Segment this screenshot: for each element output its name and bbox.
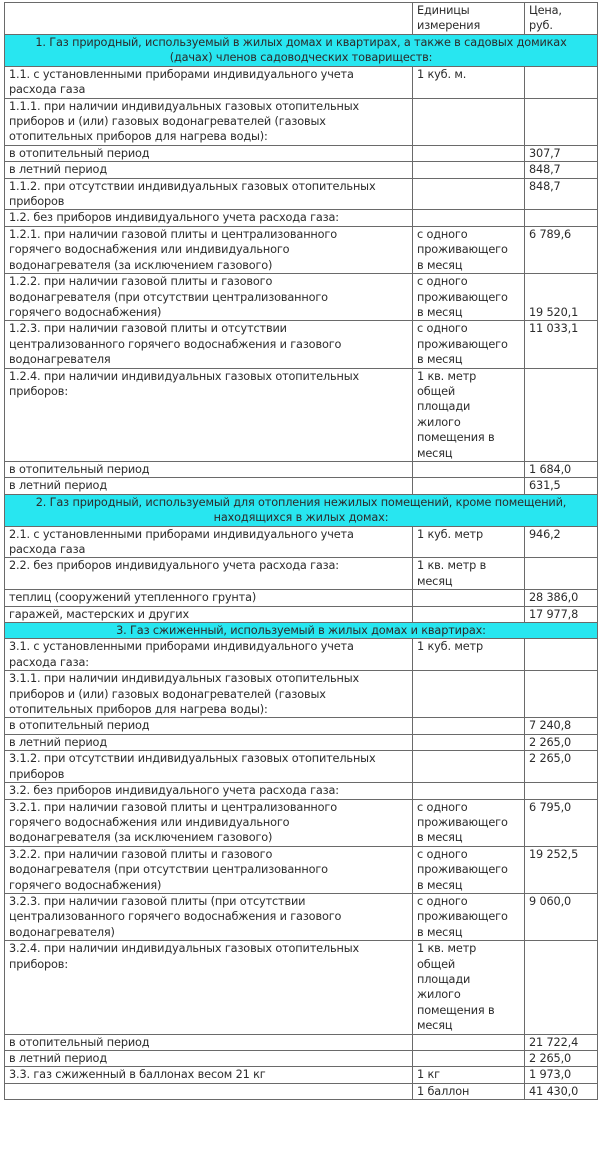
table-row: 2.1. с установленными приборами индивиду… xyxy=(5,526,598,558)
row-description: 1.2.3. при наличии газовой плиты и отсут… xyxy=(5,321,413,368)
table-row: в отопительный период307,7 xyxy=(5,145,598,161)
row-price xyxy=(525,671,598,718)
header-price-cell: Цена, руб. xyxy=(525,3,598,35)
row-unit: 1 куб. метр xyxy=(413,526,525,558)
table-row: 1.1.1. при наличии индивидуальных газовы… xyxy=(5,98,598,145)
row-price: 1 684,0 xyxy=(525,461,598,477)
row-price xyxy=(525,558,598,590)
table-row: 3.1. с установленными приборами индивиду… xyxy=(5,639,598,671)
row-price: 21 722,4 xyxy=(525,1034,598,1050)
row-unit xyxy=(413,606,525,622)
row-unit xyxy=(413,478,525,494)
row-unit xyxy=(413,461,525,477)
row-price: 6 789,6 xyxy=(525,226,598,273)
row-description: в отопительный период xyxy=(5,461,413,477)
row-unit: с одного проживающего в месяц xyxy=(413,321,525,368)
row-unit: с одного проживающего в месяц xyxy=(413,226,525,273)
row-description: 2.2. без приборов индивидуального учета … xyxy=(5,558,413,590)
row-description: 1.1. с установленными приборами индивиду… xyxy=(5,66,413,98)
section-header-row: 3. Газ сжиженный, используемый в жилых д… xyxy=(5,623,598,639)
row-unit: 1 кв. метр в месяц xyxy=(413,558,525,590)
row-price: 9 060,0 xyxy=(525,893,598,940)
row-unit xyxy=(413,671,525,718)
row-unit xyxy=(413,178,525,210)
row-price xyxy=(525,783,598,799)
table-row: в летний период2 265,0 xyxy=(5,734,598,750)
row-price: 1 973,0 xyxy=(525,1067,598,1083)
row-price xyxy=(525,941,598,1034)
row-description: 3.3. газ сжиженный в баллонах весом 21 к… xyxy=(5,1067,413,1083)
row-description: 3.1.1. при наличии индивидуальных газовы… xyxy=(5,671,413,718)
table-row: 3.2.2. при наличии газовой плиты и газов… xyxy=(5,846,598,893)
table-row: 3.3. газ сжиженный в баллонах весом 21 к… xyxy=(5,1067,598,1083)
row-description: 3.1.2. при отсутствии индивидуальных газ… xyxy=(5,751,413,783)
table-row: 1.2. без приборов индивидуального учета … xyxy=(5,210,598,226)
row-price xyxy=(525,98,598,145)
row-unit: с одного проживающего в месяц xyxy=(413,274,525,321)
row-unit xyxy=(413,210,525,226)
row-unit xyxy=(413,98,525,145)
row-unit: 1 кв. метр общей площади жилого помещени… xyxy=(413,941,525,1034)
row-description: в летний период xyxy=(5,734,413,750)
table-row: в летний период631,5 xyxy=(5,478,598,494)
table-row: 1.2.1. при наличии газовой плиты и центр… xyxy=(5,226,598,273)
row-price: 848,7 xyxy=(525,178,598,210)
header-description-cell xyxy=(5,3,413,35)
row-unit xyxy=(413,734,525,750)
row-description: 3.2.4. при наличии индивидуальных газовы… xyxy=(5,941,413,1034)
table-row: 3.2.4. при наличии индивидуальных газовы… xyxy=(5,941,598,1034)
row-unit xyxy=(413,1034,525,1050)
row-price: 2 265,0 xyxy=(525,751,598,783)
table-row: 1.2.2. при наличии газовой плиты и газов… xyxy=(5,274,598,321)
row-description: 1.2.2. при наличии газовой плиты и газов… xyxy=(5,274,413,321)
row-price: 631,5 xyxy=(525,478,598,494)
table-row: 1.1.2. при отсутствии индивидуальных газ… xyxy=(5,178,598,210)
row-price xyxy=(525,368,598,461)
header-unit-cell: Единицы измерения xyxy=(413,3,525,35)
table-row: в отопительный период21 722,4 xyxy=(5,1034,598,1050)
row-description: 1.1.1. при наличии индивидуальных газовы… xyxy=(5,98,413,145)
table-row: в летний период848,7 xyxy=(5,162,598,178)
section-header-row: 1. Газ природный, используемый в жилых д… xyxy=(5,35,598,67)
row-description: 3.1. с установленными приборами индивиду… xyxy=(5,639,413,671)
table-row: в отопительный период1 684,0 xyxy=(5,461,598,477)
row-price: 19 252,5 xyxy=(525,846,598,893)
row-price: 41 430,0 xyxy=(525,1083,598,1099)
row-unit: с одного проживающего в месяц xyxy=(413,799,525,846)
row-description: 1.1.2. при отсутствии индивидуальных газ… xyxy=(5,178,413,210)
table-row: 1.1. с установленными приборами индивиду… xyxy=(5,66,598,98)
row-description: 1.2.4. при наличии индивидуальных газовы… xyxy=(5,368,413,461)
tariff-document: Единицы измерения Цена, руб. 1. Газ прир… xyxy=(4,2,598,1100)
table-header-row: Единицы измерения Цена, руб. xyxy=(5,3,598,35)
row-description xyxy=(5,1083,413,1099)
row-unit xyxy=(413,783,525,799)
row-unit xyxy=(413,162,525,178)
row-price: 11 033,1 xyxy=(525,321,598,368)
table-row: 3.2.1. при наличии газовой плиты и центр… xyxy=(5,799,598,846)
row-price xyxy=(525,66,598,98)
row-description: в отопительный период xyxy=(5,1034,413,1050)
table-row: 3.1.1. при наличии индивидуальных газовы… xyxy=(5,671,598,718)
row-unit: 1 куб. м. xyxy=(413,66,525,98)
row-unit xyxy=(413,718,525,734)
section-title: 2. Газ природный, используемый для отопл… xyxy=(5,494,598,526)
row-description: 3.2.1. при наличии газовой плиты и центр… xyxy=(5,799,413,846)
row-unit xyxy=(413,590,525,606)
table-row: теплиц (сооружений утепленного грунта)28… xyxy=(5,590,598,606)
row-unit: с одного проживающего в месяц xyxy=(413,846,525,893)
row-price: 6 795,0 xyxy=(525,799,598,846)
table-row: гаражей, мастерских и других17 977,8 xyxy=(5,606,598,622)
table-row: в отопительный период7 240,8 xyxy=(5,718,598,734)
row-price xyxy=(525,210,598,226)
row-unit: 1 кг xyxy=(413,1067,525,1083)
row-price: 946,2 xyxy=(525,526,598,558)
row-price: 2 265,0 xyxy=(525,1051,598,1067)
row-price xyxy=(525,639,598,671)
table-row: 1 баллон41 430,0 xyxy=(5,1083,598,1099)
row-price: 848,7 xyxy=(525,162,598,178)
row-price: 2 265,0 xyxy=(525,734,598,750)
row-description: в отопительный период xyxy=(5,718,413,734)
row-price: 17 977,8 xyxy=(525,606,598,622)
table-row: в летний период2 265,0 xyxy=(5,1051,598,1067)
row-price: 7 240,8 xyxy=(525,718,598,734)
row-description: 3.2. без приборов индивидуального учета … xyxy=(5,783,413,799)
row-price: 19 520,1 xyxy=(525,274,598,321)
row-price: 307,7 xyxy=(525,145,598,161)
row-description: в отопительный период xyxy=(5,145,413,161)
section-header-row: 2. Газ природный, используемый для отопл… xyxy=(5,494,598,526)
gas-tariff-table: Единицы измерения Цена, руб. 1. Газ прир… xyxy=(4,2,598,1100)
row-description: 3.2.3. при наличии газовой плиты (при от… xyxy=(5,893,413,940)
table-row: 3.2.3. при наличии газовой плиты (при от… xyxy=(5,893,598,940)
table-row: 1.2.3. при наличии газовой плиты и отсут… xyxy=(5,321,598,368)
table-row: 3.2. без приборов индивидуального учета … xyxy=(5,783,598,799)
row-description: теплиц (сооружений утепленного грунта) xyxy=(5,590,413,606)
row-description: 1.2.1. при наличии газовой плиты и центр… xyxy=(5,226,413,273)
row-unit xyxy=(413,1051,525,1067)
row-description: 2.1. с установленными приборами индивиду… xyxy=(5,526,413,558)
row-unit: 1 баллон xyxy=(413,1083,525,1099)
row-description: в летний период xyxy=(5,1051,413,1067)
table-row: 3.1.2. при отсутствии индивидуальных газ… xyxy=(5,751,598,783)
row-unit: 1 кв. метр общей площади жилого помещени… xyxy=(413,368,525,461)
row-description: в летний период xyxy=(5,478,413,494)
row-description: 1.2. без приборов индивидуального учета … xyxy=(5,210,413,226)
row-unit xyxy=(413,145,525,161)
table-row: 1.2.4. при наличии индивидуальных газовы… xyxy=(5,368,598,461)
row-price: 28 386,0 xyxy=(525,590,598,606)
row-description: 3.2.2. при наличии газовой плиты и газов… xyxy=(5,846,413,893)
row-unit: с одного проживающего в месяц xyxy=(413,893,525,940)
row-unit xyxy=(413,751,525,783)
section-title: 3. Газ сжиженный, используемый в жилых д… xyxy=(5,623,598,639)
row-description: гаражей, мастерских и других xyxy=(5,606,413,622)
section-title: 1. Газ природный, используемый в жилых д… xyxy=(5,35,598,67)
table-row: 2.2. без приборов индивидуального учета … xyxy=(5,558,598,590)
row-unit: 1 куб. метр xyxy=(413,639,525,671)
row-description: в летний период xyxy=(5,162,413,178)
